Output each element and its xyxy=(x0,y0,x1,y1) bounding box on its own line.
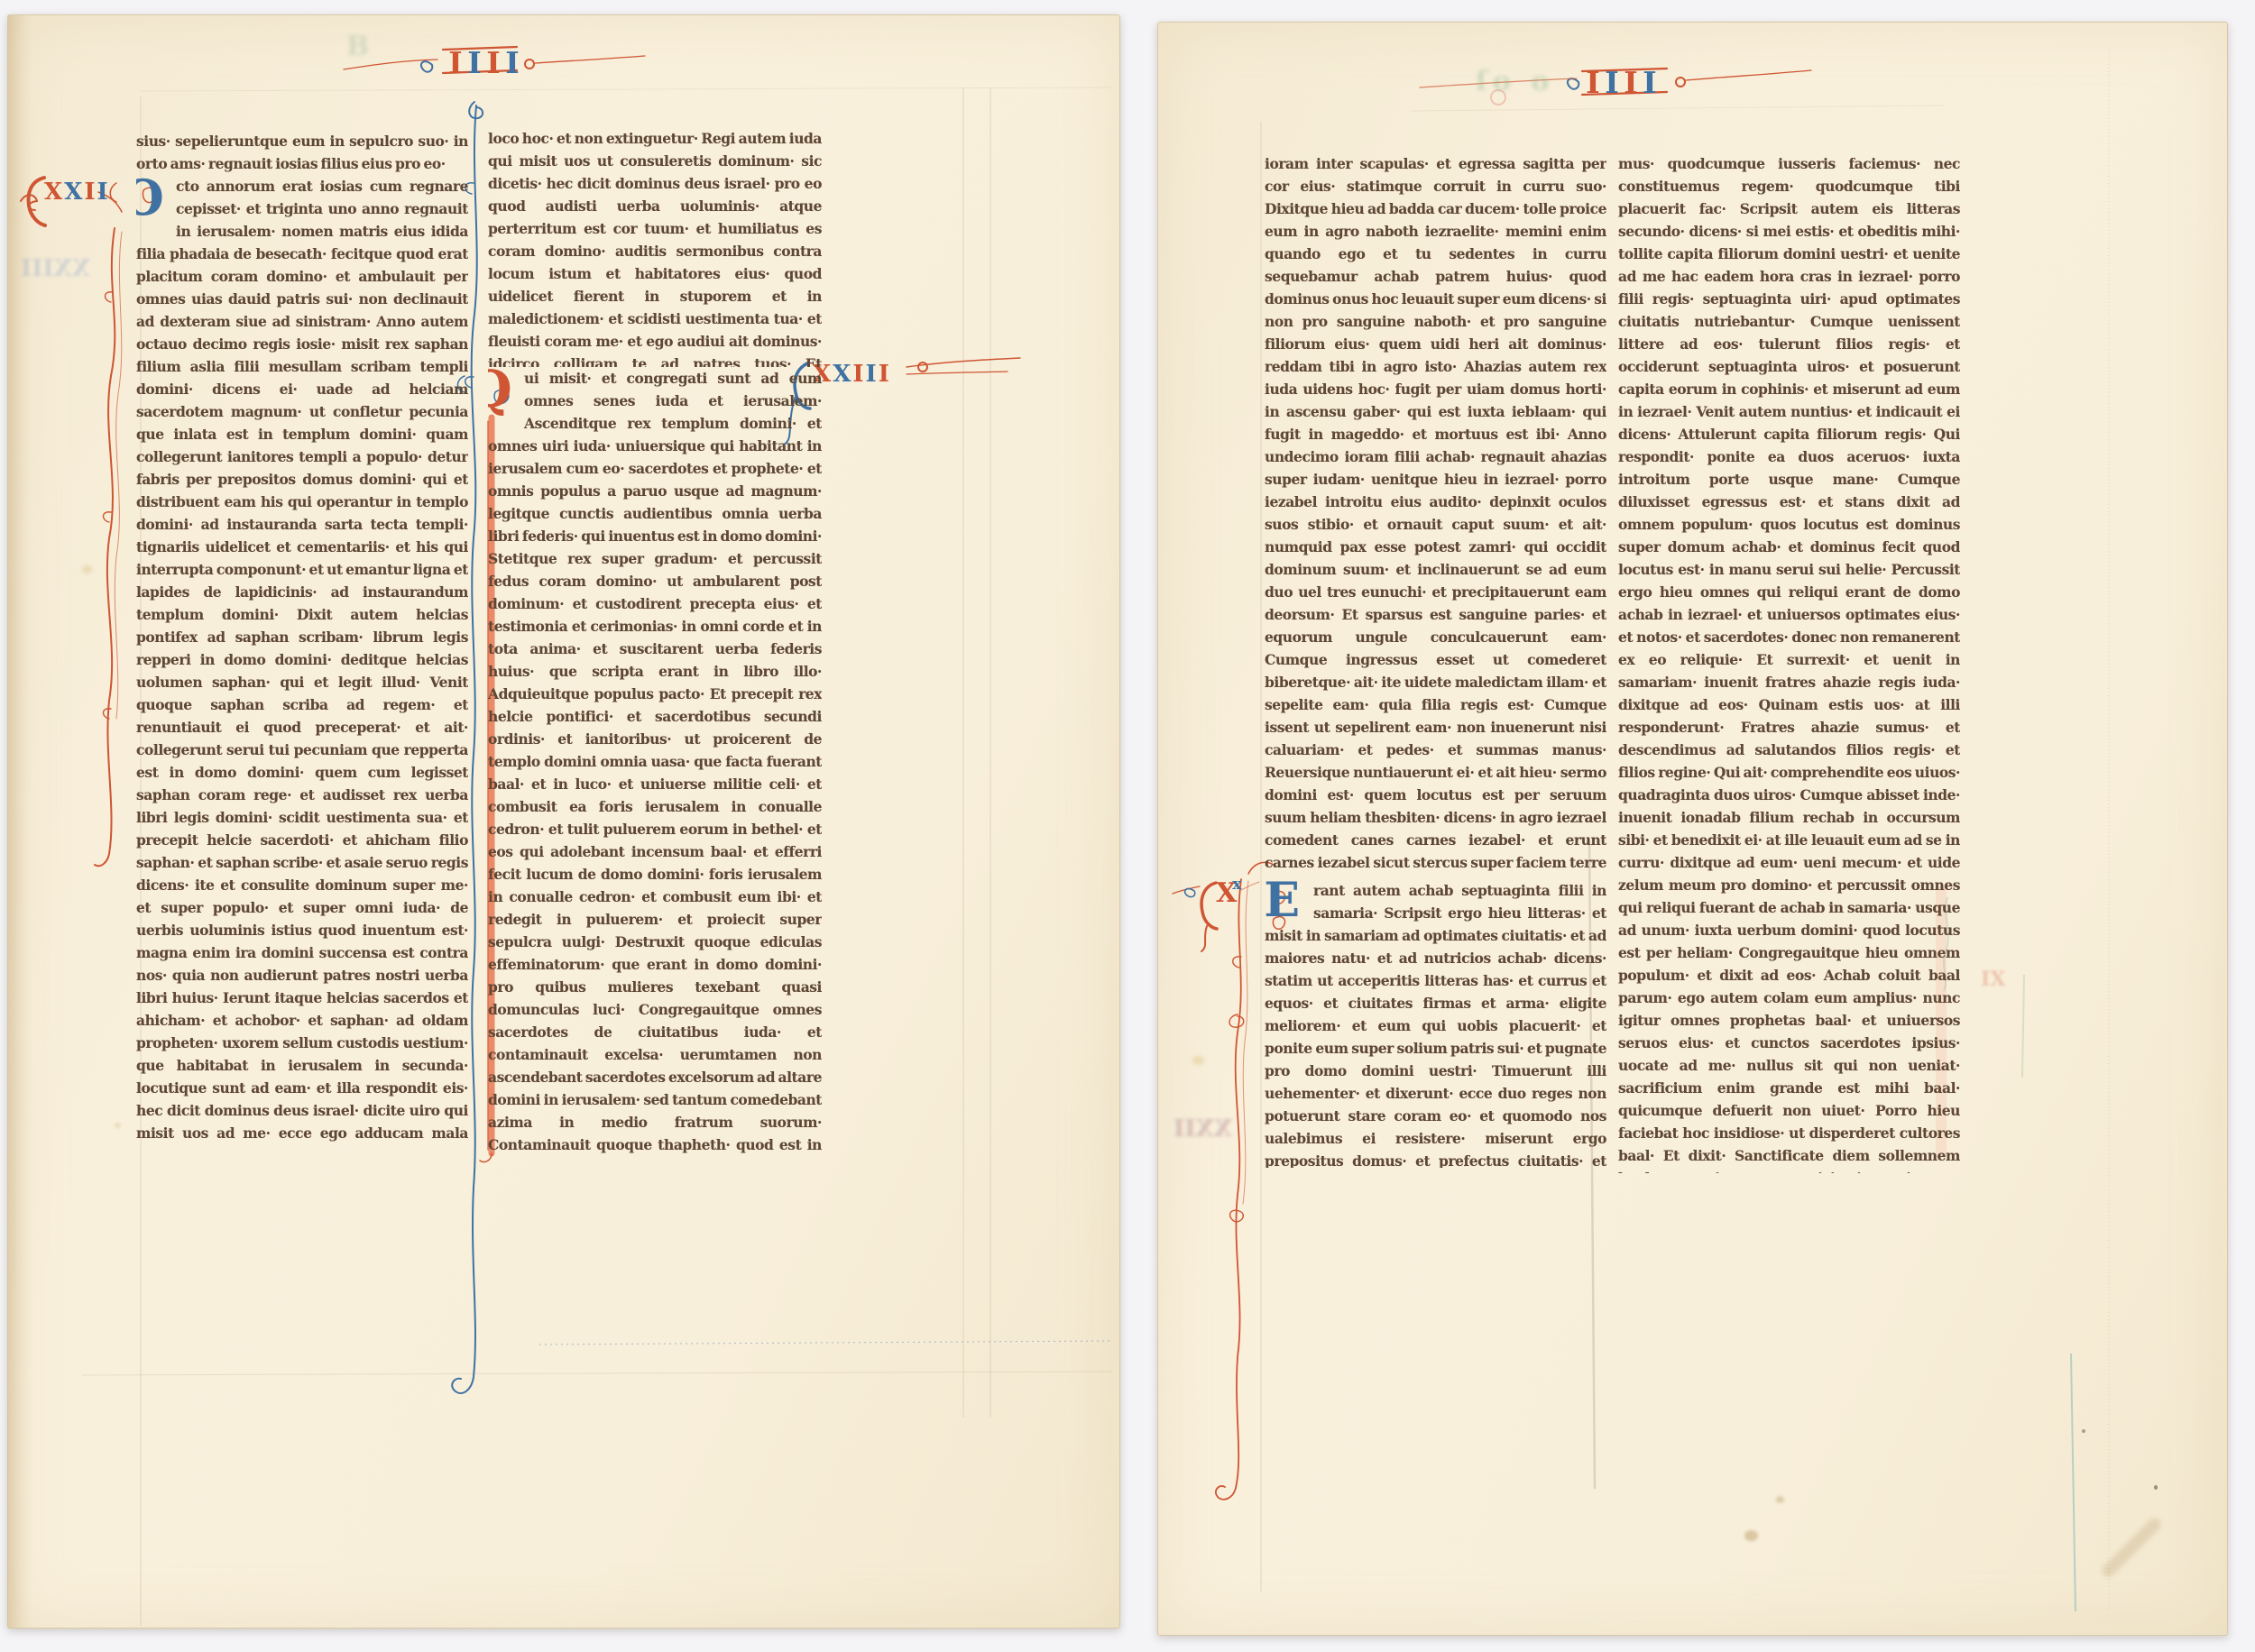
chapter-numeral-letter: I xyxy=(879,363,889,386)
header-numeral-letter: I xyxy=(486,50,501,77)
text-column-c: ioram inter scapulas· et egressa sagitta… xyxy=(1265,152,1606,1168)
chapter-numeral-small-letter: x xyxy=(1232,877,1241,906)
show-through-letter-ghost: B xyxy=(346,31,369,62)
show-through-chapter-numeral-ghost: XXII xyxy=(1174,1115,1233,1143)
header-numeral-letter: I xyxy=(505,50,520,77)
chapter-numeral-x: X x xyxy=(1216,881,1241,906)
chapter-numeral-xxii: X X I I xyxy=(44,180,108,204)
chapter-numeral-letter: I xyxy=(852,363,863,386)
chapter-numeral-letter: I xyxy=(97,180,108,204)
illuminated-initial-e: E xyxy=(1265,881,1308,924)
column-c-pre-text: ioram inter scapulas· et egressa sagitta… xyxy=(1265,152,1606,879)
text-column-b: loco hoc· et non extinguetur· Regi autem… xyxy=(488,127,822,1153)
chapter-numeral-letter: X xyxy=(44,180,62,204)
show-through-header-ghost: ſo o xyxy=(1476,66,1554,97)
header-numeral-letter: I xyxy=(1643,69,1657,96)
header-numeral-letter: I xyxy=(1586,69,1600,96)
manuscript-photograph: I I I I B X X I I XXIII X X I I I sius· … xyxy=(0,0,2255,1652)
column-a-chapter-22-text: Octo annorum erat iosias cum regnare cep… xyxy=(136,175,468,1147)
fox-spot xyxy=(115,1123,121,1128)
manuscript-leaf-right: I I I I ſo o X x XXII IX ioram inter sca… xyxy=(1157,22,2228,1636)
header-numeral-letter: I xyxy=(467,50,482,77)
chapter-numeral-letter: I xyxy=(84,180,95,204)
ink-fleck xyxy=(2082,1429,2085,1433)
chapter-numeral-letter: X xyxy=(833,363,851,386)
header-numeral-letter: I xyxy=(448,50,463,77)
column-a-body-text: cto annorum erat iosias cum regnare cepi… xyxy=(136,178,468,1147)
fox-spot xyxy=(1776,1496,1784,1503)
stain-streak xyxy=(2100,1516,2164,1580)
header-numeral-letter: I xyxy=(1624,69,1638,96)
illuminated-initial-q: Q xyxy=(488,369,519,414)
column-b-pre-text: loco hoc· et non extinguetur· Regi autem… xyxy=(488,127,822,367)
column-b-chapter-23-text: Qui misit· et congregati sunt ad eum omn… xyxy=(488,367,822,1153)
running-header-book-numeral-right: I I I I xyxy=(1586,69,1657,96)
running-header-book-numeral-left: I I I I xyxy=(448,50,520,77)
manuscript-leaf-left: I I I I B X X I I XXIII X X I I I sius· … xyxy=(7,14,1120,1629)
column-c-body-text: rant autem achab septuaginta filii in sa… xyxy=(1265,882,1606,1168)
fox-spot xyxy=(1744,1530,1758,1541)
fox-spot xyxy=(1192,1056,1204,1065)
column-c-chapter-10-text: Erant autem achab septuaginta filii in s… xyxy=(1265,879,1606,1168)
column-b-body-text: ui misit· et congregati sunt ad eum omne… xyxy=(488,370,822,1153)
column-d-body-text: mus· quodcumque iusseris faciemus· nec c… xyxy=(1618,152,1960,1173)
ink-fleck xyxy=(2154,1485,2158,1490)
illuminated-initial-o: O xyxy=(136,177,170,222)
chapter-numeral-xxiii: X X I I I xyxy=(813,363,889,386)
page-edge-toning xyxy=(8,15,32,1628)
show-through-right-margin-ghost: IX xyxy=(1981,968,2005,991)
text-column-d: mus· quodcumque iusseris faciemus· nec c… xyxy=(1618,152,1960,1173)
fox-spot xyxy=(82,565,92,574)
show-through-chapter-numeral-ghost: XXIII xyxy=(21,255,90,282)
header-numeral-letter: I xyxy=(1605,69,1619,96)
chapter-numeral-letter: I xyxy=(866,363,877,386)
chapter-numeral-letter: X xyxy=(64,180,82,204)
column-a-opening-lines: sius· sepelieruntque eum in sepulcro suo… xyxy=(136,130,468,175)
text-column-a: sius· sepelieruntque eum in sepulcro suo… xyxy=(136,130,468,1147)
